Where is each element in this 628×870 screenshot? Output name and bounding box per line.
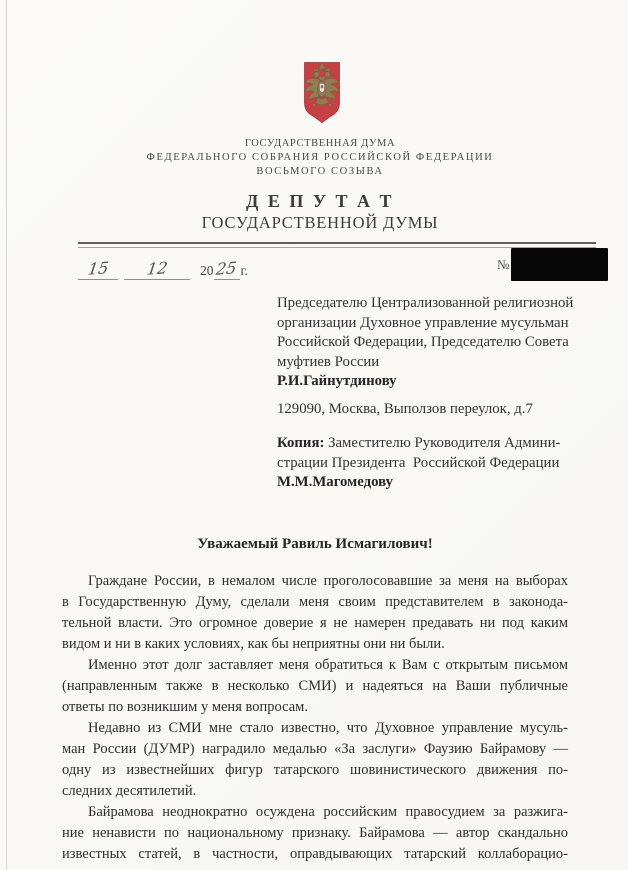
date-year-field: 25	[214, 260, 240, 280]
addressee-block: Председателю Централизованной религиозно…	[277, 294, 613, 493]
body-line: одну из известнейших фигур татарского шо…	[62, 760, 568, 781]
letterhead-deputy-title: Д Е П У Т А Т	[12, 190, 628, 212]
addressee-line: Российской Федерации, Председателю Совет…	[277, 333, 613, 353]
body-line: Граждане России, в немалом числе проголо…	[62, 571, 568, 592]
date-line: 15 12 20 25 г.	[78, 250, 248, 280]
body-line: (направленным также в несколько СМИ) и н…	[62, 676, 568, 697]
addressee-line: муфтиев России	[277, 353, 613, 373]
date-day-field: 15	[78, 260, 118, 280]
body-line: Именно этот долг заставляет меня обратит…	[62, 655, 568, 676]
letter-body: Граждане России, в немалом числе проголо…	[62, 571, 568, 865]
body-line: ман России (ДУМР) наградило медалью «За …	[62, 739, 568, 760]
copy-label: Копия:	[277, 435, 324, 451]
letterhead-line-convocation: ВОСЬМОГО СОЗЫВА	[12, 165, 628, 179]
redacted-number-box	[511, 248, 608, 281]
addressee-line: организации Духовное управление мусульма…	[277, 314, 613, 334]
body-line: Недавно из СМИ мне стало известно, что Д…	[62, 718, 568, 739]
copy-block: Копия: Заместителю Руководителя Админи- …	[277, 434, 613, 493]
copy-line: страции Президента Российской Федерации	[277, 454, 613, 474]
number-label: №	[497, 257, 509, 273]
body-line: Байрамова неоднократно осуждена российск…	[62, 802, 568, 823]
scanned-letter-page: ГОСУДАРСТВЕННАЯ ДУМА ФЕДЕРАЛЬНОГО СОБРАН…	[0, 0, 628, 870]
letterhead-line-duma: ГОСУДАРСТВЕННАЯ ДУМА	[12, 137, 628, 151]
letterhead-line-assembly: ФЕДЕРАЛЬНОГО СОБРАНИЯ РОССИЙСКОЙ ФЕДЕРАЦ…	[12, 151, 628, 165]
date-year-suffix: г.	[241, 261, 248, 280]
copy-name: М.М.Магомедову	[277, 473, 613, 493]
body-line: тельной власти. Это огромное доверие я н…	[62, 613, 568, 634]
body-line: следних десятилетий.	[62, 781, 568, 802]
emblem-rider-mark	[321, 85, 324, 88]
russia-coat-of-arms-icon	[301, 61, 343, 125]
handwritten-day: 15	[87, 259, 110, 279]
letterhead: ГОСУДАРСТВЕННАЯ ДУМА ФЕДЕРАЛЬНОГО СОБРАН…	[12, 137, 628, 233]
salutation: Уважаемый Равиль Исмагилович!	[62, 536, 568, 553]
date-month-field: 12	[124, 260, 190, 280]
body-line: видом и ни в каких условиях, как бы непр…	[62, 634, 568, 655]
addressee-name: Р.И.Гайнутдинову	[277, 372, 613, 392]
handwritten-year: 25	[215, 259, 238, 279]
addressee-line: Председателю Централизованной религиозно…	[277, 294, 613, 314]
body-line: ние ненависти по национальному признаку.…	[62, 823, 568, 844]
copy-line-rest: Заместителю Руководителя Админи-	[324, 435, 560, 451]
addressee-address: 129090, Москва, Выползов переулок, д.7	[277, 400, 613, 420]
scan-edge-artifact	[6, 0, 7, 870]
body-line: ответы по возникшим у меня вопросам.	[62, 697, 568, 718]
letterhead-chamber-title: ГОСУДАРСТВЕННОЙ ДУМЫ	[12, 212, 628, 233]
copy-line: Копия: Заместителю Руководителя Админи-	[277, 434, 613, 454]
handwritten-month: 12	[146, 259, 169, 279]
date-century-printed: 20	[200, 261, 214, 280]
body-line: известных статей, в частности, оправдыва…	[62, 844, 568, 865]
body-line: в Государственную Думу, сделали меня сво…	[62, 592, 568, 613]
